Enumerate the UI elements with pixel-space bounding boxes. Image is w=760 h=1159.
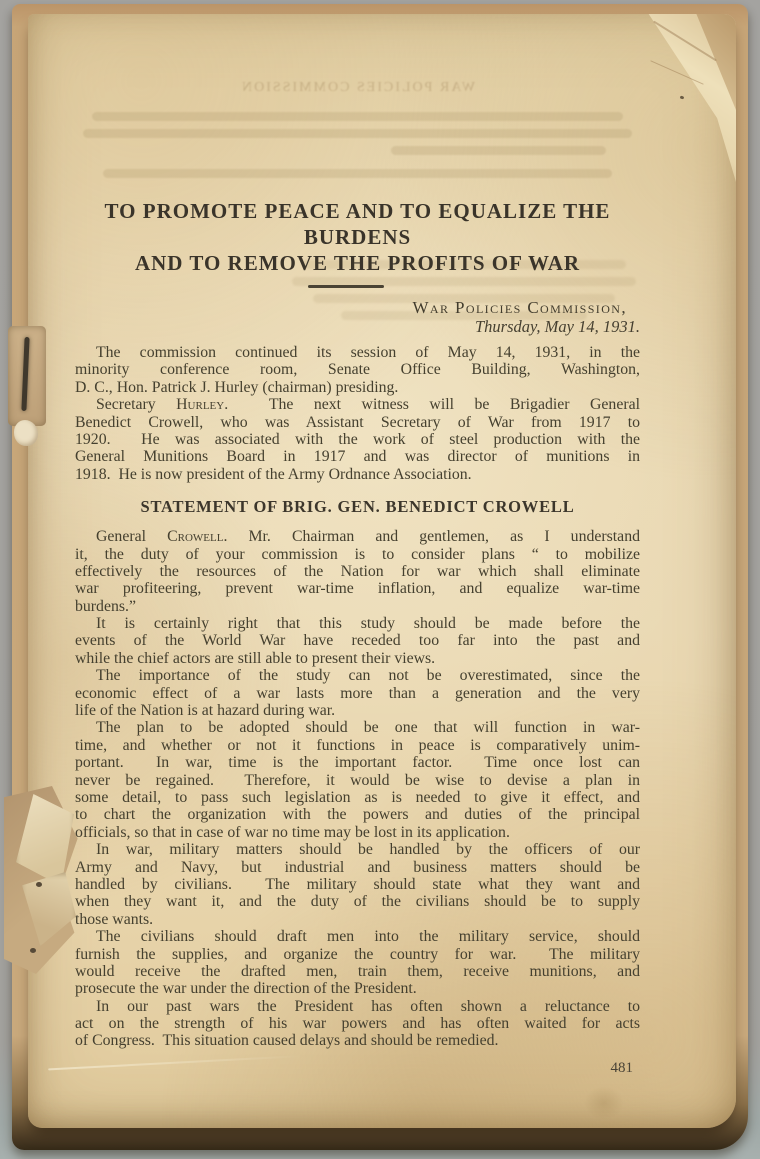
text-line: economic effect of a war lasts more than… — [75, 685, 640, 702]
document-page: WAR POLICIES COMMISSION TO PROMOTE PEACE… — [28, 14, 736, 1128]
torn-paper-spot — [14, 420, 38, 446]
document-title: TO PROMOTE PEACE AND TO EQUALIZE THE BUR… — [75, 198, 640, 276]
paragraph: It is certainly right that this study sh… — [75, 615, 640, 667]
text-line: life of the Nation is at hazard during w… — [75, 702, 640, 719]
text-line: of Congress. This situation caused delay… — [75, 1032, 640, 1049]
paragraph: In war, military matters should be handl… — [75, 841, 640, 928]
paragraph: General Crowell. Mr. Chairman and gentle… — [75, 528, 640, 615]
text-line: burdens.” — [75, 598, 640, 615]
staple — [21, 337, 29, 411]
paragraph: The plan to be adopted should be one tha… — [75, 719, 640, 841]
page-content: TO PROMOTE PEACE AND TO EQUALIZE THE BUR… — [75, 14, 640, 1128]
section-heading: STATEMENT OF BRIG. GEN. BENEDICT CROWELL — [75, 497, 640, 517]
text-line: D. C., Hon. Patrick J. Hurley (chairman)… — [75, 379, 640, 396]
torn-paper-flap — [4, 786, 84, 974]
dateline: War Policies Commission, Thursday, May 1… — [75, 298, 640, 336]
text-line: It is certainly right that this study sh… — [75, 615, 640, 632]
text-line: those wants. — [75, 911, 640, 928]
dateline-date: Thursday, May 14, 1931. — [75, 317, 640, 336]
title-divider-rule — [308, 285, 384, 288]
staple-damage-patch — [8, 326, 46, 426]
text-line: minority conference room, Senate Office … — [75, 361, 640, 378]
text-line: Army and Navy, but industrial and busine… — [75, 859, 640, 876]
document-body: The commission continued its session of … — [75, 344, 640, 1050]
text-line: In our past wars the President has often… — [75, 998, 640, 1015]
text-line: to chart the organization with the power… — [75, 806, 640, 823]
text-line: time, and whether or not it functions in… — [75, 737, 640, 754]
text-line: furnish the supplies, and organize the c… — [75, 946, 640, 963]
text-line: The importance of the study can not be o… — [75, 667, 640, 684]
paragraph: In our past wars the President has often… — [75, 998, 640, 1050]
text-line: The plan to be adopted should be one tha… — [75, 719, 640, 736]
text-line: prosecute the war under the direction of… — [75, 980, 640, 997]
title-line-2: AND TO REMOVE THE PROFITS OF WAR — [75, 250, 640, 276]
text-line: In war, military matters should be handl… — [75, 841, 640, 858]
title-line-1: TO PROMOTE PEACE AND TO EQUALIZE THE BUR… — [75, 198, 640, 250]
text-line: The civilians should draft men into the … — [75, 928, 640, 945]
staple-hole — [30, 948, 36, 953]
text-line: Secretary Hurley. The next witness will … — [75, 396, 640, 413]
text-line: events of the World War have receded too… — [75, 632, 640, 649]
text-line: 1918. He is now president of the Army Or… — [75, 466, 640, 483]
paragraph: Secretary Hurley. The next witness will … — [75, 396, 640, 483]
text-line: handled by civilians. The military shoul… — [75, 876, 640, 893]
paragraph: The importance of the study can not be o… — [75, 667, 640, 719]
dateline-organization: War Policies Commission, — [75, 298, 627, 317]
text-line: would receive the drafted men, train the… — [75, 963, 640, 980]
staple-hole — [36, 882, 42, 887]
text-line: 1920. He was associated with the work of… — [75, 431, 640, 448]
paper-speck — [680, 95, 685, 99]
text-line: effectively the resources of the Nation … — [75, 563, 640, 580]
text-line: war profiteering, prevent war-time infla… — [75, 580, 640, 597]
text-line: act on the strength of his war powers an… — [75, 1015, 640, 1032]
text-line: some detail, to pass such legislation as… — [75, 789, 640, 806]
text-line: Benedict Crowell, who was Assistant Secr… — [75, 414, 640, 431]
text-line: when they want it, and the duty of the c… — [75, 893, 640, 910]
text-line: never be regained. Therefore, it would b… — [75, 772, 640, 789]
text-line: General Munitions Board in 1917 and was … — [75, 448, 640, 465]
scanned-document: WAR POLICIES COMMISSION TO PROMOTE PEACE… — [0, 0, 760, 1159]
paragraph: The civilians should draft men into the … — [75, 928, 640, 998]
text-line: it, the duty of your commission is to co… — [75, 546, 640, 563]
paragraph: The commission continued its session of … — [75, 344, 640, 396]
text-line: General Crowell. Mr. Chairman and gentle… — [75, 528, 640, 545]
text-line: officials, so that in case of war no tim… — [75, 824, 640, 841]
text-line: while the chief actors are still able to… — [75, 650, 640, 667]
text-line: portant. In war, time is the important f… — [75, 754, 640, 771]
text-line: The commission continued its session of … — [75, 344, 640, 361]
paper-stain — [584, 1086, 624, 1120]
